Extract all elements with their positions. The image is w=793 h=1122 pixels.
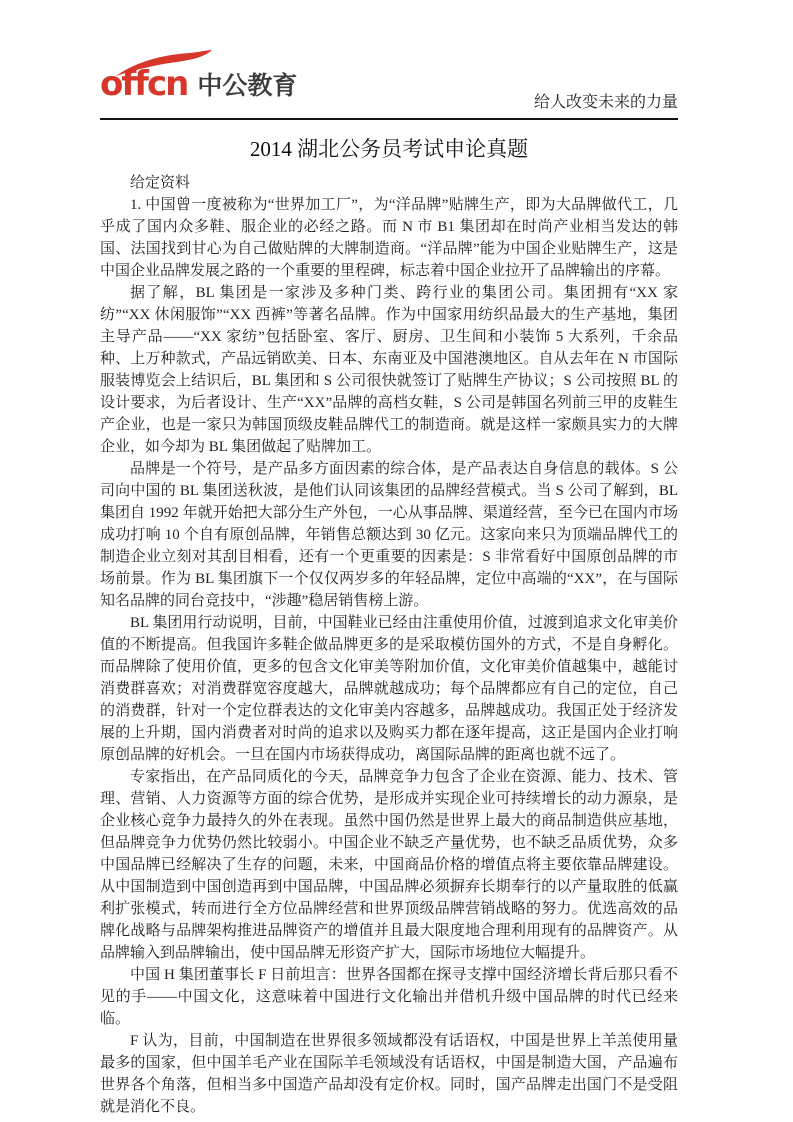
page-header: offcn 中公教育 给人改变未来的力量 <box>100 57 678 120</box>
document-page: offcn 中公教育 给人改变未来的力量 2014 湖北公务员考试申论真题 给定… <box>0 0 793 1122</box>
paragraph-2: 据了解，BL 集团是一家涉及多种门类、跨行业的集团公司。集团拥有“XX 家纺”“… <box>100 282 678 458</box>
paragraph-7: F 认为，目前，中国制造在世界很多领域都没有话语权，中国是世界上羊羔使用量最多的… <box>100 1030 678 1118</box>
logo-wordmark: offcn <box>100 64 187 104</box>
paragraph-1: 1. 中国曾一度被称为“世界加工厂”，为“洋品牌”贴牌生产，即为大品牌做代工，几… <box>100 194 678 282</box>
paragraph-5: 专家指出，在产品同质化的今天，品牌竞争力包含了企业在资源、能力、技术、管理、营销… <box>100 766 678 964</box>
section-label: 给定资料 <box>100 172 678 194</box>
logo-brand-name: 中公教育 <box>197 73 297 101</box>
logo-mark: offcn <box>100 67 187 101</box>
header-rule <box>100 118 678 120</box>
paragraph-3: 品牌是一个符号，是产品多方面因素的综合体，是产品表达自身信息的载体。S 公司向中… <box>100 458 678 612</box>
paragraph-6: 中国 H 集团董事长 F 日前坦言：世界各国都在探寻支撑中国经济增长背后那只看不… <box>100 964 678 1030</box>
document-title: 2014 湖北公务员考试申论真题 <box>100 133 678 163</box>
paragraph-4: BL 集团用行动说明，目前，中国鞋业已经由注重使用价值，过渡到追求文化审美价值的… <box>100 612 678 766</box>
